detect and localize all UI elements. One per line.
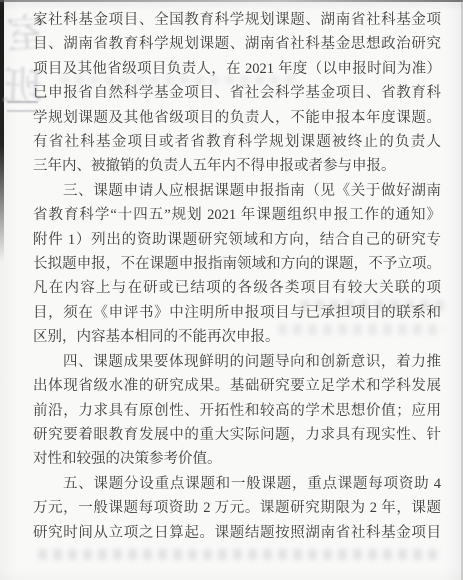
- text-line: 家社科基金项目、全国教育科学规划课题、湖南省社科基金项: [33, 8, 441, 32]
- text-line: 学规划课题及其他省级项目的负责人，不能申报本年度课题。: [33, 106, 441, 130]
- text-line: 附件 1）列出的资助课题研究领域和方向，结合自己的研究专: [33, 228, 441, 252]
- text-line: 目，须在《申评书》中注明所申报项目与已承担项目的联系和: [33, 301, 441, 325]
- scan-edge-top-line: [0, 0, 463, 2]
- text-line: 项目及其他省级项目负责人，在 2021 年度（以申报时间为准）: [33, 57, 441, 81]
- text-line: 三、课题申请人应根据课题申报指南（见《关于做好湖南: [33, 179, 441, 203]
- text-line: 已申报省自然科学基金项目、省社会科学基金项目、省教育科: [33, 81, 441, 105]
- text-line: 凡在内容上与在研或已结项的各级各类项目有较大关联的项: [33, 276, 441, 300]
- text-line: 万元，一般课题每项资助 2 万元。课题研究期限为 2 年，课题: [33, 496, 441, 520]
- document-text-block: 家社科基金项目、全国教育科学规划课题、湖南省社科基金项 目、湖南省教育科学规划课…: [33, 8, 441, 545]
- text-line: 三年内、被撤销的负责人五年内不得申报或者参与申报。: [33, 154, 441, 178]
- bleedthrough-smudge: [38, 549, 440, 560]
- scanned-document-page: 室 班 家社科基金项目、全国教育科学规划课题、湖南省社科基金项 目、湖南省教育科…: [0, 0, 463, 580]
- scan-edge-left-strip: [0, 0, 4, 262]
- text-line: 省教育科学“十四五”规划 2021 年课题组织申报工作的通知》: [33, 203, 441, 227]
- text-line: 出体现省级水准的研究成果。基础研究要立足学术和学科发展: [33, 374, 441, 398]
- text-line: 对性和较强的决策参考价值。: [33, 447, 441, 471]
- text-line: 四、课题成果要体现鲜明的问题导向和创新意识，着力推: [33, 350, 441, 374]
- text-line: 研究要着眼教育发展中的重大实际问题，力求具有现实性、针: [33, 423, 441, 447]
- text-line: 区别，内容基本相同的不能再次申报。: [33, 325, 441, 349]
- text-line: 前沿，力求具有原创性、开拓性和较高的学术思想价值；应用: [33, 399, 441, 423]
- text-line: 长拟题申报，不在课题申报指南领域和方向的课题，不予立项。: [33, 252, 441, 276]
- text-line: 目、湖南省教育科学规划课题、湖南省社科基金思想政治研究: [33, 32, 441, 56]
- text-line: 五、课题分设重点课题和一般课题，重点课题每项资助 4: [33, 472, 441, 496]
- text-line: 研究时间从立项之日算起。课题结题按照湖南省社科基金项目: [33, 521, 441, 545]
- text-line: 有省社科基金项目或者省教育科学规划课题被终止的负责人: [33, 130, 441, 154]
